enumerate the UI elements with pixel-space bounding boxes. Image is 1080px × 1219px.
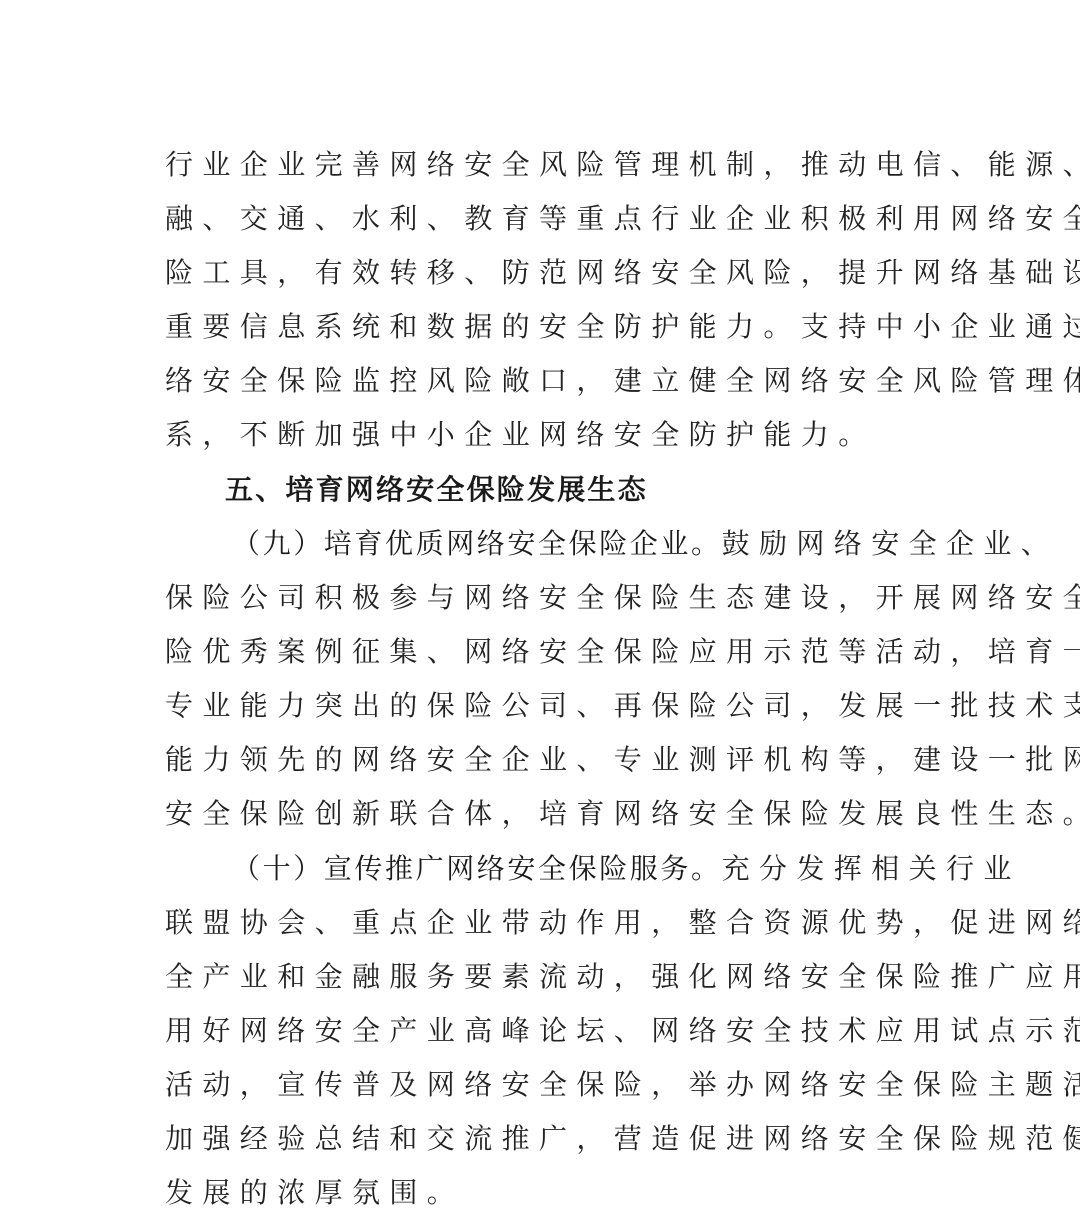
paragraph-lead-title: （十）宣传推广网络安全保险服务。 <box>232 852 722 885</box>
paragraph-line: 能力领先的网络安全企业、专业测评机构等，建设一批网络 <box>165 740 925 780</box>
document-page: 行业企业完善网络安全风险管理机制，推动电信、能源、金 融、交通、水利、教育等重点… <box>0 0 1080 1219</box>
paragraph-first-line: （十）宣传推广网络安全保险服务。充分发挥相关行业 <box>232 849 992 889</box>
paragraph-line: 联盟协会、重点企业带动作用，整合资源优势，促进网络安 <box>165 903 925 943</box>
paragraph-text: 充分发挥相关行业 <box>722 852 1021 885</box>
paragraph-line: 安全保险创新联合体，培育网络安全保险发展良性生态。 <box>165 794 925 834</box>
paragraph-line: 加强经验总结和交流推广，营造促进网络安全保险规范健康 <box>165 1119 925 1159</box>
paragraph-first-line: （九）培育优质网络安全保险企业。鼓励网络安全企业、 <box>232 524 992 564</box>
paragraph-line: 险优秀案例征集、网络安全保险应用示范等活动，培育一批 <box>165 632 925 672</box>
section-heading: 五、培育网络安全保险发展生态 <box>225 470 985 510</box>
paragraph-line: 融、交通、水利、教育等重点行业企业积极利用网络安全保 <box>165 199 925 239</box>
paragraph-line: 行业企业完善网络安全风险管理机制，推动电信、能源、金 <box>165 145 925 185</box>
paragraph-line: 活动，宣传普及网络安全保险，举办网络安全保险主题活动， <box>165 1065 925 1105</box>
paragraph-line: 保险公司积极参与网络安全保险生态建设，开展网络安全保 <box>165 578 925 618</box>
paragraph-line: 用好网络安全产业高峰论坛、网络安全技术应用试点示范等 <box>165 1011 925 1051</box>
paragraph-line: 全产业和金融服务要素流动，强化网络安全保险推广应用。 <box>165 957 925 997</box>
paragraph-text: 鼓励网络安全企业、 <box>722 527 1059 560</box>
paragraph-line: 发展的浓厚氛围。 <box>165 1173 925 1213</box>
paragraph-line: 络安全保险监控风险敞口，建立健全网络安全风险管理体 <box>165 361 925 401</box>
paragraph-line: 重要信息系统和数据的安全防护能力。支持中小企业通过网 <box>165 307 925 347</box>
paragraph-line: 险工具，有效转移、防范网络安全风险，提升网络基础设施、 <box>165 253 925 293</box>
paragraph-line: 专业能力突出的保险公司、再保险公司，发展一批技术支撑 <box>165 686 925 726</box>
paragraph-line: 系，不断加强中小企业网络安全防护能力。 <box>165 415 925 455</box>
paragraph-lead-title: （九）培育优质网络安全保险企业。 <box>232 527 722 560</box>
